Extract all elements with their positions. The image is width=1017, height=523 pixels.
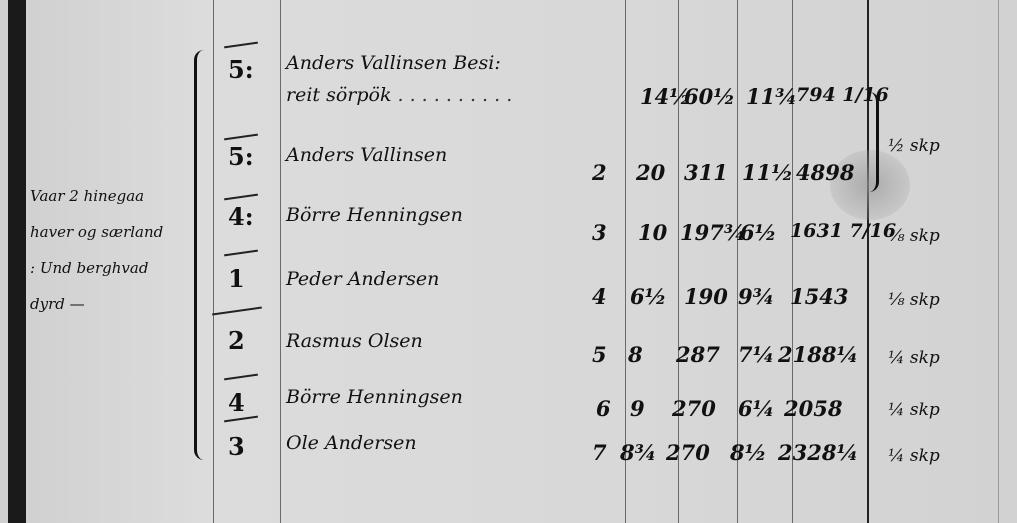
entry-col3: 60½: [684, 84, 735, 109]
column-rule: [213, 0, 214, 523]
entry-col5: 4898: [796, 160, 854, 185]
entry-name: Anders Vallinsen: [286, 144, 447, 166]
entry-col3: 270: [672, 396, 716, 421]
entry-col3: 197¾: [680, 220, 746, 245]
ledger-page: Vaar 2 hinegaa haver og særland : Und be…: [0, 0, 1017, 523]
entry-tick: [224, 374, 258, 381]
entry-col1: 7: [592, 440, 607, 465]
entry-tick: [224, 250, 258, 257]
entry-number: 5:: [228, 55, 254, 84]
entry-col4: 9¾: [738, 284, 775, 309]
entry-col3: 270: [666, 440, 710, 465]
entry-number: 4:: [228, 202, 254, 231]
share-brace: [868, 92, 879, 192]
entry-col2: 20: [636, 160, 665, 185]
entry-col3: 190: [684, 284, 728, 309]
entry-col5: 1631 7/16: [790, 220, 896, 242]
entry-share: ⅛ skp: [888, 290, 940, 310]
entry-number: 1: [228, 264, 245, 293]
entry-col2: 8: [628, 342, 643, 367]
entry-tick: [224, 134, 258, 141]
entry-col4: 7¼: [738, 342, 775, 367]
entry-col5: 1543: [790, 284, 848, 309]
margin-note-line: dyrd —: [30, 286, 163, 322]
entry-number: 2: [228, 326, 245, 355]
entry-name-cont-text: reit sörpök: [286, 84, 391, 106]
entry-tick: [212, 307, 262, 316]
entry-share: ½ skp: [888, 136, 940, 156]
entry-tick: [224, 194, 258, 201]
entry-tick: [224, 42, 258, 49]
entry-col5: 2058: [784, 396, 842, 421]
entry-col2: 8¾: [620, 440, 657, 465]
margin-note: Vaar 2 hinegaa haver og særland : Und be…: [30, 178, 163, 322]
entry-col2: 9: [630, 396, 645, 421]
entry-share: ¼ skp: [888, 446, 940, 466]
entry-number: 5:: [228, 142, 254, 171]
binding-edge: [8, 0, 26, 523]
entry-number: 3: [228, 432, 245, 461]
column-rule: [280, 0, 281, 523]
entry-share: ¼ skp: [888, 400, 940, 420]
entry-col5: 2188¼: [778, 342, 858, 367]
entry-col1: 4: [592, 284, 607, 309]
entry-col2: 6½: [630, 284, 667, 309]
entry-col1: 3: [592, 220, 607, 245]
entry-col1: 6: [596, 396, 611, 421]
entry-name: Börre Henningsen: [286, 204, 463, 226]
entry-col4: 8½: [730, 440, 767, 465]
entry-col1: 2: [592, 160, 607, 185]
entry-name: Börre Henningsen: [286, 386, 463, 408]
entry-col4: 11¾: [746, 84, 797, 109]
entry-share: ¼ skp: [888, 348, 940, 368]
entry-name: Ole Andersen: [286, 432, 417, 454]
column-rule: [998, 0, 999, 523]
entry-col3: 287: [676, 342, 720, 367]
entry-name: Anders Vallinsen Besi:: [286, 52, 501, 74]
entry-col3: 311: [684, 160, 728, 185]
entry-name: Peder Andersen: [286, 268, 439, 290]
column-rule: [867, 0, 869, 523]
entry-share: ⅛ skp: [888, 226, 940, 246]
margin-note-line: haver og særland: [30, 214, 163, 250]
entry-col2: 10: [638, 220, 667, 245]
entry-col4: 6½: [740, 220, 777, 245]
grouping-brace: [194, 50, 209, 460]
entry-number: 4: [228, 388, 245, 417]
entry-col5: 2328¼: [778, 440, 858, 465]
entry-name: Rasmus Olsen: [286, 330, 423, 352]
entry-name-continued: reit sörpök . . . . . . . . . .: [286, 84, 512, 106]
entry-col4: 11½: [742, 160, 793, 185]
entry-col4: 6¼: [738, 396, 775, 421]
margin-note-line: Vaar 2 hinegaa: [30, 178, 163, 214]
margin-note-line: : Und berghvad: [30, 250, 163, 286]
entry-col1: 5: [592, 342, 607, 367]
